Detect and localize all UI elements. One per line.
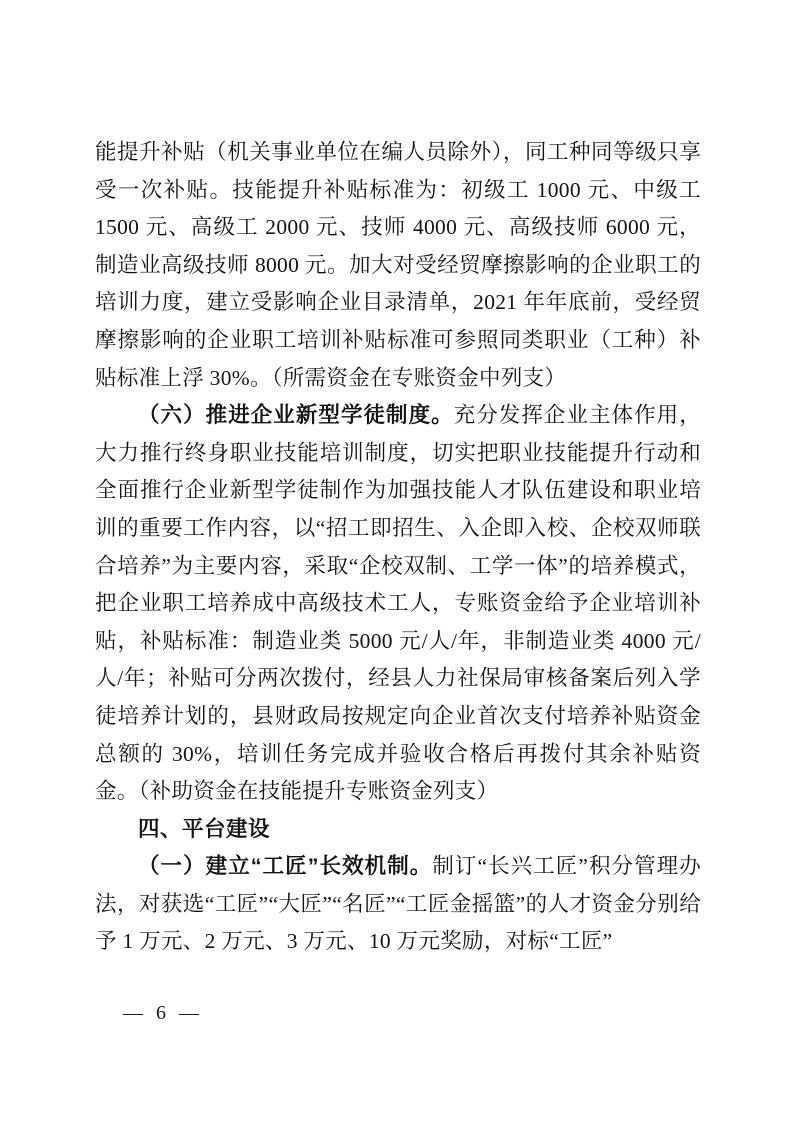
- para-craftsman-long-term-mechanism: （一）建立“工匠”长效机制。制订“长兴工匠”积分管理办法，对获选“工匠”“大匠”…: [95, 848, 701, 961]
- para-new-apprenticeship-system: （六）推进企业新型学徒制度。充分发挥企业主体作用，大力推行终身职业技能培训制度，…: [95, 397, 701, 811]
- body-text-run: 充分发挥企业主体作用，大力推行终身职业技能培训制度，切实把职业技能提升行动和全面…: [95, 403, 701, 803]
- bold-text-run: （六）推进企业新型学徒制度。: [138, 403, 454, 427]
- bold-text-run: （一）建立“工匠”长效机制。: [138, 854, 432, 878]
- page-number: 6: [156, 999, 166, 1027]
- document-body: 能提升补贴（机关事业单位在编人员除外），同工种同等级只享受一次补贴。技能提升补贴…: [95, 134, 701, 961]
- heading-section-four-platform: 四、平台建设: [95, 811, 701, 849]
- footer-dash-right: —: [179, 999, 199, 1027]
- document-page: 能提升补贴（机关事业单位在编人员除外），同工种同等级只享受一次补贴。技能提升补贴…: [0, 0, 794, 1123]
- body-text-run: 能提升补贴（机关事业单位在编人员除外），同工种同等级只享受一次补贴。技能提升补贴…: [95, 140, 701, 390]
- bold-text-run: 四、平台建设: [138, 817, 270, 841]
- para-skill-subsidy-continuation: 能提升补贴（机关事业单位在编人员除外），同工种同等级只享受一次补贴。技能提升补贴…: [95, 134, 701, 397]
- footer-dash-left: —: [123, 999, 143, 1027]
- page-footer: — 6 —: [123, 999, 199, 1027]
